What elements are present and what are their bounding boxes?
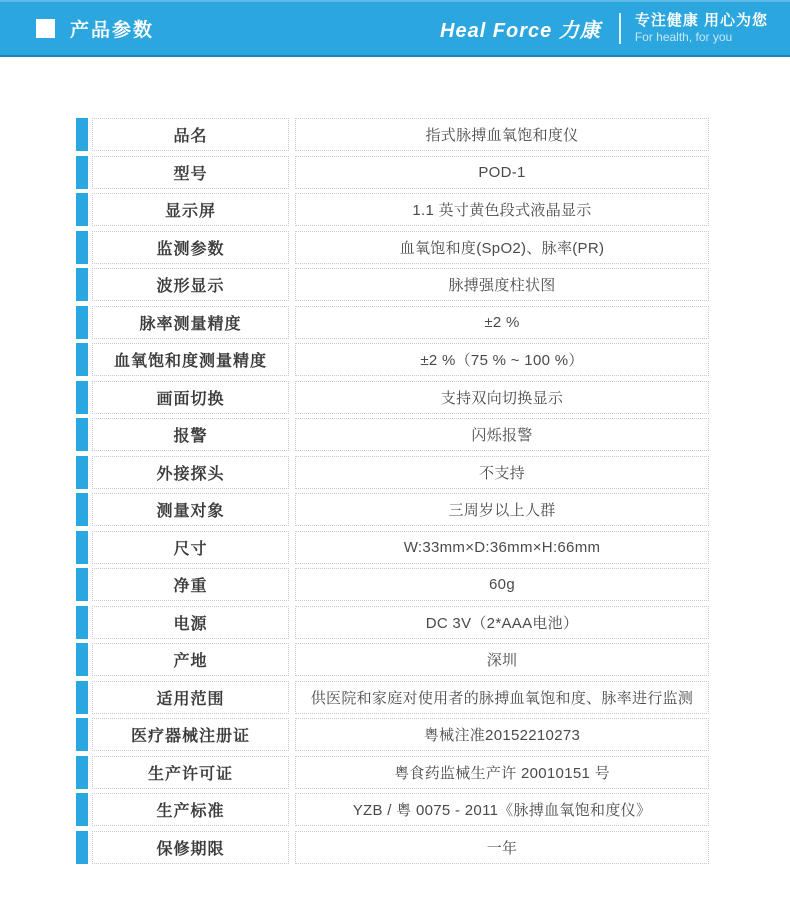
spec-value: ±2 % <box>295 306 709 339</box>
row-accent-bar <box>76 493 88 526</box>
spec-label: 脉率测量精度 <box>92 306 289 339</box>
spec-label: 报警 <box>92 418 289 451</box>
page-header: 产品参数 Heal Force 力康 专注健康 用心为您 For health,… <box>0 0 790 57</box>
spec-label: 产地 <box>92 643 289 676</box>
row-accent-bar <box>76 231 88 264</box>
row-accent-bar <box>76 343 88 376</box>
square-bullet-icon <box>36 19 55 38</box>
spec-value: ±2 %（75 % ~ 100 %） <box>295 343 709 376</box>
spec-value: 粤食药监械生产许 20010151 号 <box>295 756 709 789</box>
spec-label: 波形显示 <box>92 268 289 301</box>
header-title-group: 产品参数 <box>36 15 154 42</box>
row-accent-bar <box>76 681 88 714</box>
spec-label: 画面切换 <box>92 381 289 414</box>
spec-value: 支持双向切换显示 <box>295 381 709 414</box>
row-accent-bar <box>76 306 88 339</box>
spec-value: 脉搏强度柱状图 <box>295 268 709 301</box>
row-accent-bar <box>76 718 88 751</box>
table-row: 生产标准 YZB / 粤 0075 - 2011《脉搏血氧饱和度仪》 <box>76 793 713 826</box>
spec-value: 指式脉搏血氧饱和度仪 <box>295 118 709 151</box>
header-divider <box>619 13 621 44</box>
table-row: 适用范围 供医院和家庭对使用者的脉搏血氧饱和度、脉率进行监测 <box>76 681 713 714</box>
row-accent-bar <box>76 418 88 451</box>
spec-label: 外接探头 <box>92 456 289 489</box>
spec-value: YZB / 粤 0075 - 2011《脉搏血氧饱和度仪》 <box>295 793 709 826</box>
table-row: 脉率测量精度 ±2 % <box>76 306 713 339</box>
spec-value: 粤械注准20152210273 <box>295 718 709 751</box>
header-brand-group: Heal Force 力康 专注健康 用心为您 For health, for … <box>440 12 768 45</box>
spec-value: 血氧饱和度(SpO2)、脉率(PR) <box>295 231 709 264</box>
page-title: 产品参数 <box>70 15 154 42</box>
spec-label: 型号 <box>92 156 289 189</box>
spec-label: 保修期限 <box>92 831 289 864</box>
table-row: 血氧饱和度测量精度 ±2 %（75 % ~ 100 %） <box>76 343 713 376</box>
table-row: 监测参数 血氧饱和度(SpO2)、脉率(PR) <box>76 231 713 264</box>
row-accent-bar <box>76 118 88 151</box>
table-row: 尺寸 W:33mm×D:36mm×H:66mm <box>76 531 713 564</box>
table-row: 画面切换 支持双向切换显示 <box>76 381 713 414</box>
spec-label: 血氧饱和度测量精度 <box>92 343 289 376</box>
table-row: 品名 指式脉搏血氧饱和度仪 <box>76 118 713 151</box>
spec-label: 品名 <box>92 118 289 151</box>
row-accent-bar <box>76 606 88 639</box>
table-row: 医疗器械注册证 粤械注准20152210273 <box>76 718 713 751</box>
row-accent-bar <box>76 456 88 489</box>
spec-label: 电源 <box>92 606 289 639</box>
spec-value: POD-1 <box>295 156 709 189</box>
brand-tagline: 专注健康 用心为您 For health, for you <box>635 12 768 45</box>
spec-value: 1.1 英寸黄色段式液晶显示 <box>295 193 709 226</box>
tagline-chinese: 专注健康 用心为您 <box>635 12 768 29</box>
row-accent-bar <box>76 268 88 301</box>
spec-value: 60g <box>295 568 709 601</box>
spec-label: 净重 <box>92 568 289 601</box>
table-row: 电源 DC 3V（2*AAA电池） <box>76 606 713 639</box>
spec-value: 不支持 <box>295 456 709 489</box>
table-row: 保修期限 一年 <box>76 831 713 864</box>
spec-value: 深圳 <box>295 643 709 676</box>
row-accent-bar <box>76 831 88 864</box>
spec-table: 品名 指式脉搏血氧饱和度仪 型号 POD-1 显示屏 1.1 英寸黄色段式液晶显… <box>76 118 713 864</box>
row-accent-bar <box>76 793 88 826</box>
table-row: 外接探头 不支持 <box>76 456 713 489</box>
row-accent-bar <box>76 381 88 414</box>
spec-label: 适用范围 <box>92 681 289 714</box>
spec-label: 生产许可证 <box>92 756 289 789</box>
spec-value: W:33mm×D:36mm×H:66mm <box>295 531 709 564</box>
table-row: 生产许可证 粤食药监械生产许 20010151 号 <box>76 756 713 789</box>
spec-label: 医疗器械注册证 <box>92 718 289 751</box>
spec-label: 尺寸 <box>92 531 289 564</box>
spec-label: 测量对象 <box>92 493 289 526</box>
row-accent-bar <box>76 193 88 226</box>
table-row: 报警 闪烁报警 <box>76 418 713 451</box>
table-row: 型号 POD-1 <box>76 156 713 189</box>
table-row: 波形显示 脉搏强度柱状图 <box>76 268 713 301</box>
row-accent-bar <box>76 756 88 789</box>
spec-value: 闪烁报警 <box>295 418 709 451</box>
spec-label: 生产标准 <box>92 793 289 826</box>
spec-label: 监测参数 <box>92 231 289 264</box>
spec-value: 供医院和家庭对使用者的脉搏血氧饱和度、脉率进行监测 <box>295 681 709 714</box>
tagline-english: For health, for you <box>635 31 768 45</box>
table-row: 产地 深圳 <box>76 643 713 676</box>
row-accent-bar <box>76 156 88 189</box>
row-accent-bar <box>76 643 88 676</box>
row-accent-bar <box>76 531 88 564</box>
table-row: 测量对象 三周岁以上人群 <box>76 493 713 526</box>
row-accent-bar <box>76 568 88 601</box>
spec-value: DC 3V（2*AAA电池） <box>295 606 709 639</box>
table-row: 净重 60g <box>76 568 713 601</box>
spec-label: 显示屏 <box>92 193 289 226</box>
spec-value: 一年 <box>295 831 709 864</box>
brand-logo: Heal Force 力康 <box>440 14 601 43</box>
spec-value: 三周岁以上人群 <box>295 493 709 526</box>
table-row: 显示屏 1.1 英寸黄色段式液晶显示 <box>76 193 713 226</box>
